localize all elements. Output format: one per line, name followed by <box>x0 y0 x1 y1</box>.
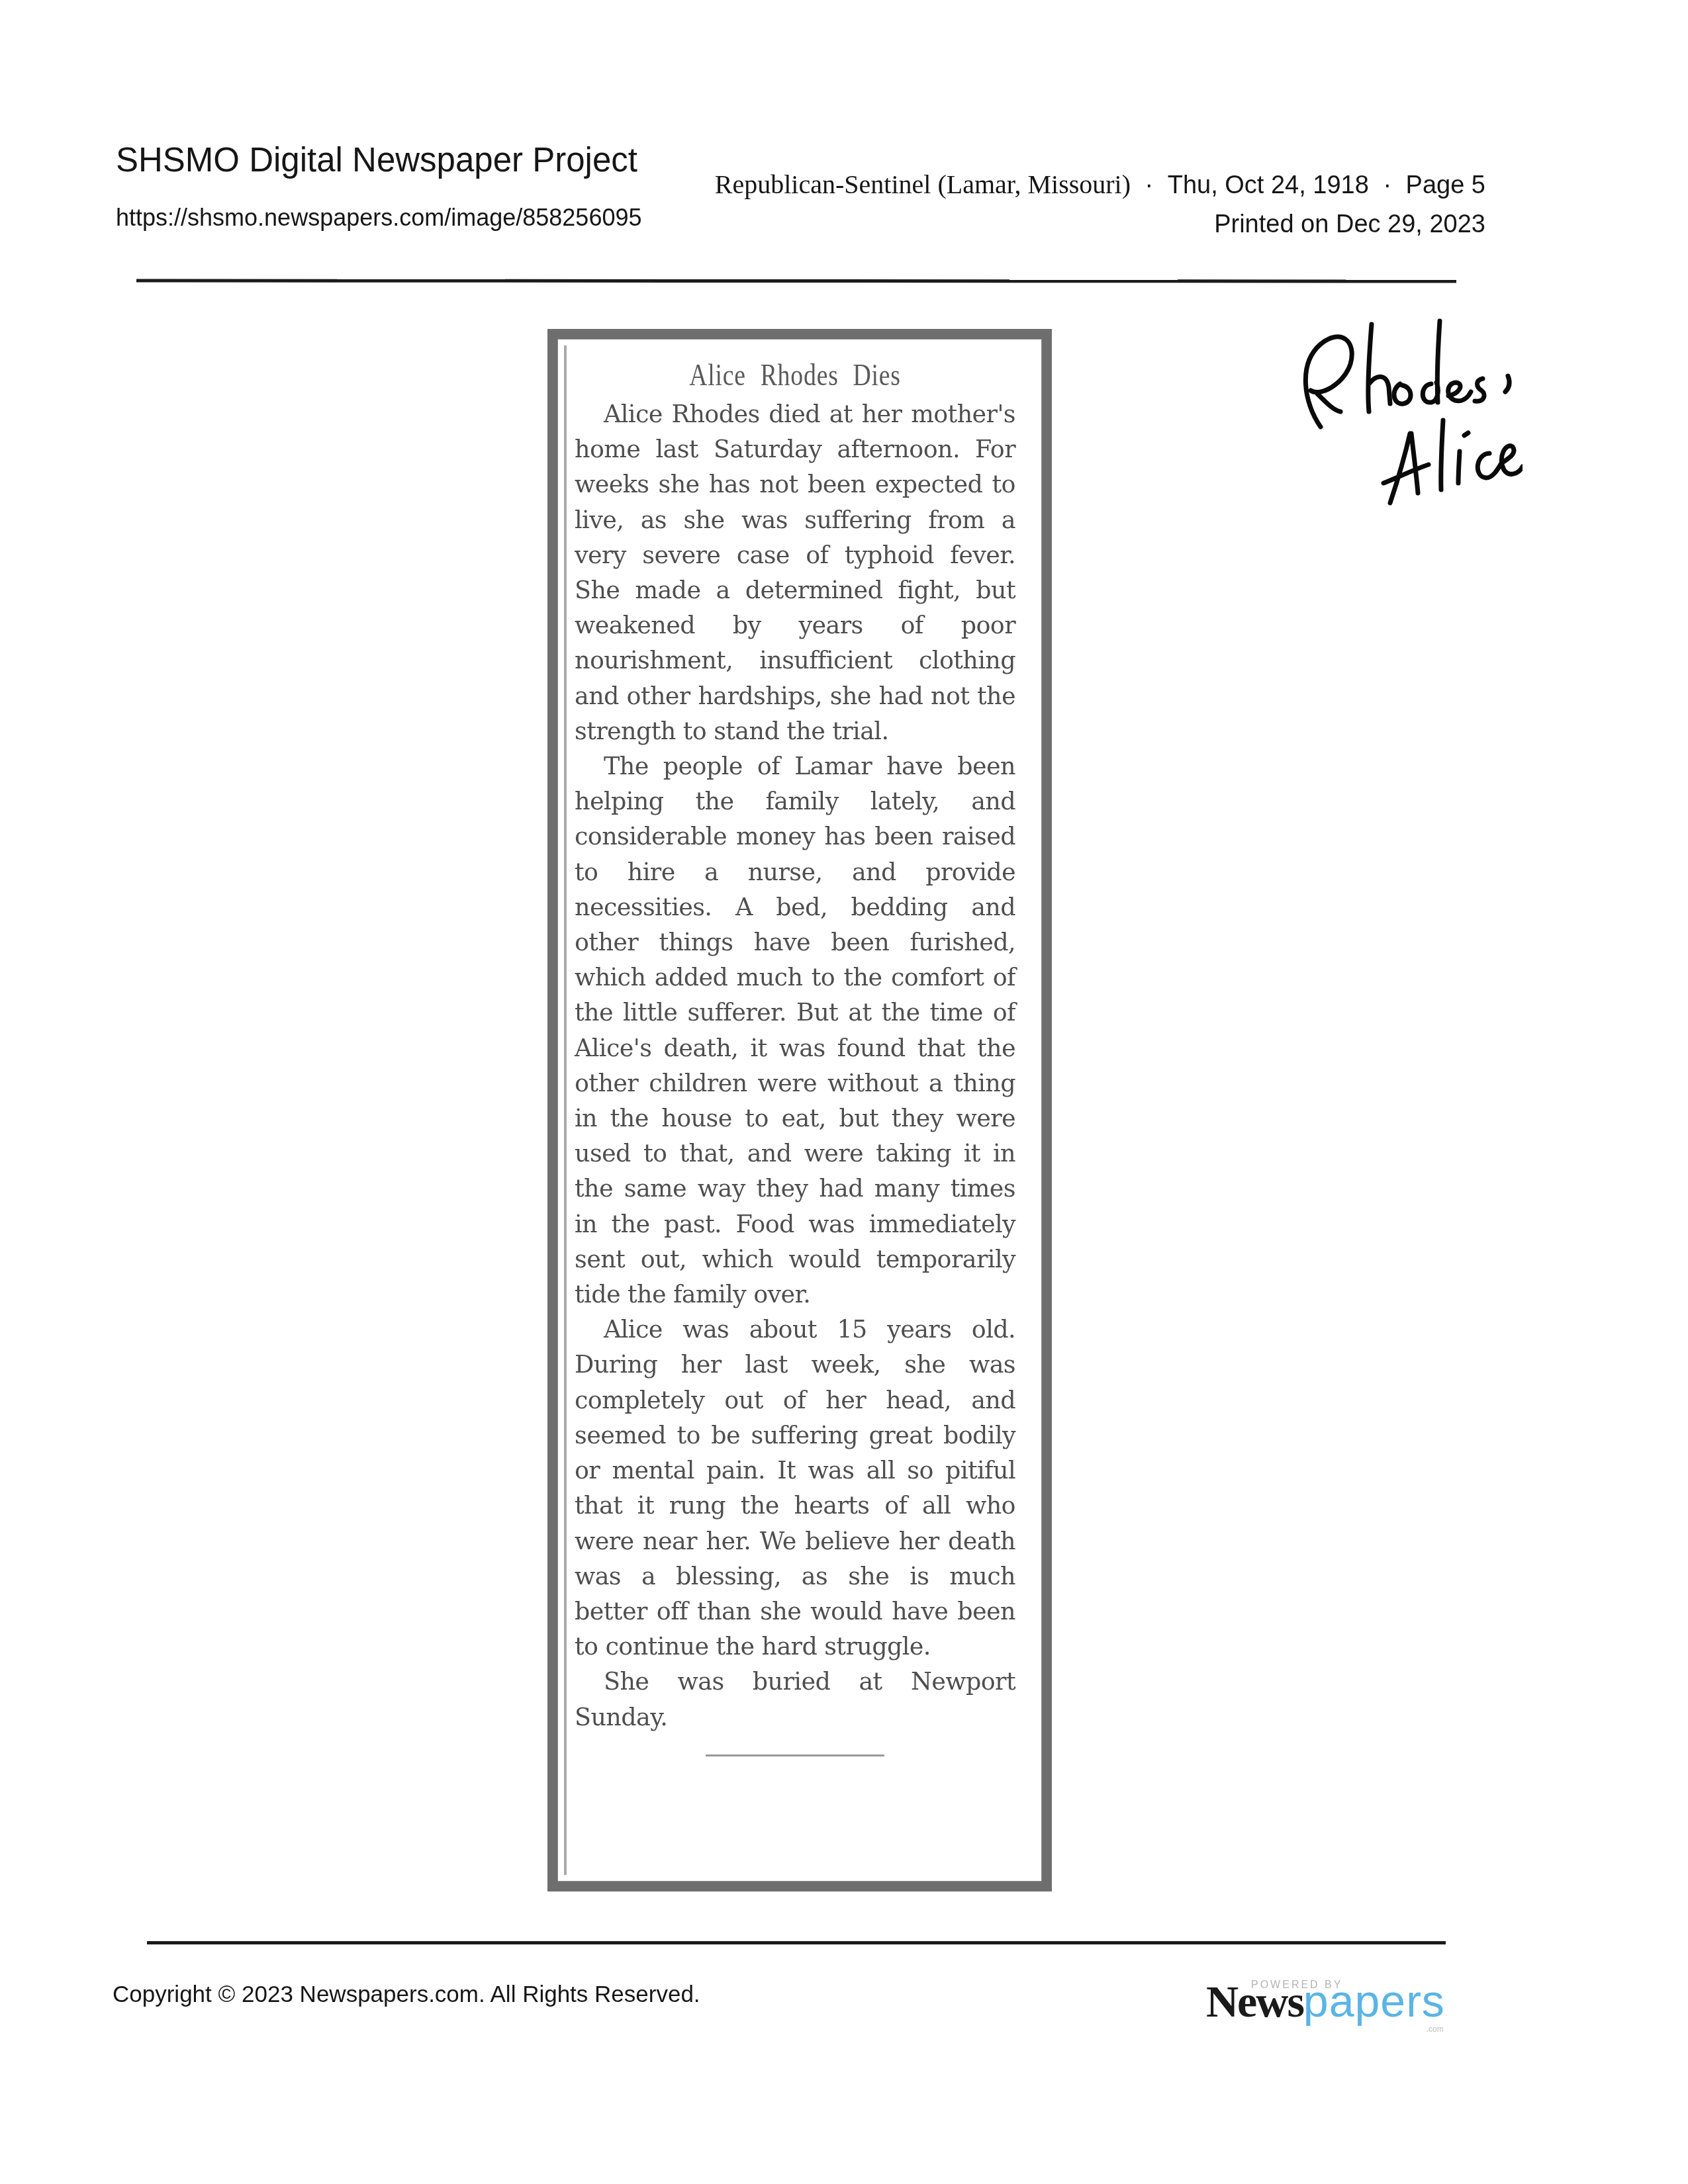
article-paragraph: She was buried at Newport Sunday. <box>575 1664 1015 1734</box>
header-divider <box>136 279 1456 283</box>
footer-divider <box>147 1941 1446 1944</box>
article-body: Alice Rhodes Dies Alice Rhodes died at h… <box>575 351 1015 1756</box>
logo-powered-by: POWERED BY <box>1251 1980 1342 1991</box>
logo-com: .com <box>1427 2025 1444 2033</box>
site-title: SHSMO Digital Newspaper Project <box>116 140 637 179</box>
article-clipping: Alice Rhodes Dies Alice Rhodes died at h… <box>547 329 1052 1891</box>
newspapers-logo[interactable]: POWERED BY Newspapers .com <box>1206 1979 1445 2024</box>
article-headline: Alice Rhodes Dies <box>614 357 976 392</box>
separator: · <box>1383 171 1391 199</box>
handwritten-annotation: Rhodes, Alice <box>1258 304 1523 516</box>
article-end-rule <box>706 1754 884 1756</box>
printed-date: Printed on Dec 29, 2023 <box>1214 210 1485 239</box>
article-paragraph: Alice Rhodes died at her mother's home l… <box>575 396 1015 749</box>
article-paragraph: The people of Lamar have been helping th… <box>575 749 1015 1312</box>
image-url: https://shsmo.newspapers.com/image/85825… <box>116 204 641 232</box>
publication-name: Republican-Sentinel (Lamar, Missouri) <box>715 169 1131 199</box>
page-number: Page 5 <box>1406 171 1485 199</box>
article-paragraph: Alice was about 15 years old. During her… <box>575 1312 1015 1664</box>
clipping-column-rule <box>564 345 567 1875</box>
publication-line: Republican-Sentinel (Lamar, Missouri) · … <box>715 169 1485 200</box>
copyright-notice: Copyright © 2023 Newspapers.com. All Rig… <box>113 1981 700 2008</box>
publication-date: Thu, Oct 24, 1918 <box>1168 171 1369 199</box>
separator: · <box>1145 171 1154 199</box>
